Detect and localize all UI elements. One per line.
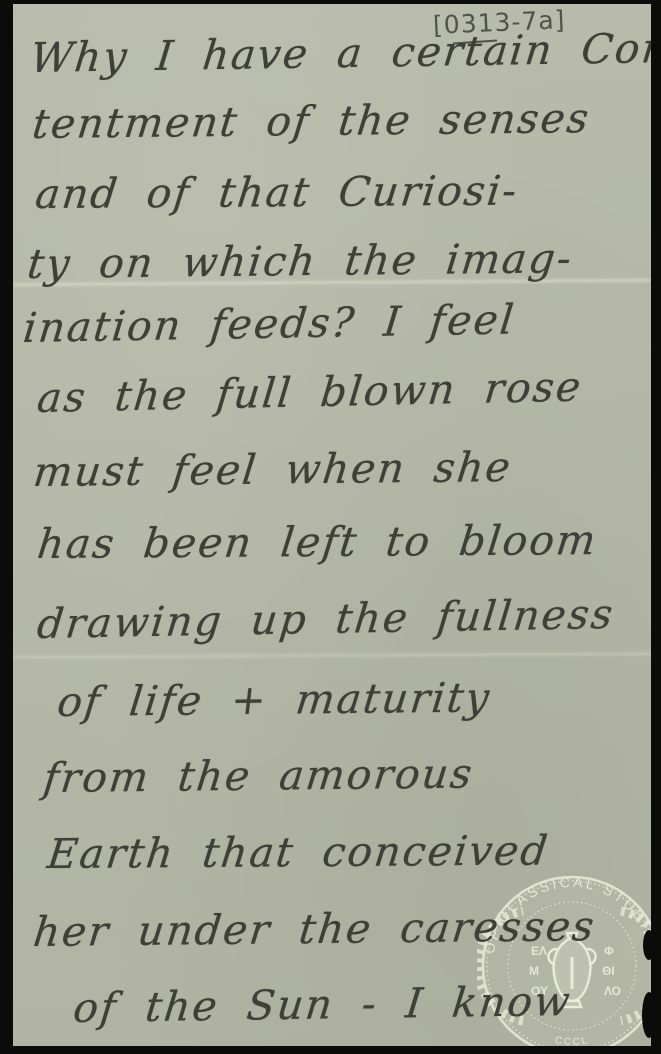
handwritten-line: and of that Curiosi- <box>33 167 521 218</box>
handwritten-line: tentment of the senses <box>30 94 593 148</box>
handwritten-line: from the amorous <box>41 750 476 802</box>
handwritten-line: Earth that conceived <box>45 827 552 878</box>
seal-greek-letter: ΘΙ <box>602 964 615 978</box>
letter-paper: [0313-7a] Why I have a certain Con- tent… <box>13 4 651 1046</box>
scan-edge-nick <box>643 930 651 960</box>
handwritten-line: ination feeds? I feel <box>21 295 518 352</box>
handwritten-line: her under the caresses <box>31 902 598 956</box>
handwritten-line: ty on which the imag- <box>25 234 576 288</box>
paper-crease <box>13 652 651 658</box>
handwritten-line: Why I have a certain Con- <box>28 24 651 82</box>
scan-edge-nick <box>642 992 651 1038</box>
handwritten-line: drawing up the fullness <box>35 590 617 648</box>
seal-greek-letter: Φ <box>604 944 614 958</box>
handwritten-line: as the full blown rose <box>35 363 585 422</box>
seal-greek-letter: Μ <box>529 964 539 978</box>
seal-greek-letter: ΛΟ <box>604 984 621 998</box>
handwritten-line: must feel when she <box>31 443 515 496</box>
handwritten-line: of the Sun - I know <box>71 977 574 1032</box>
handwritten-line: has been left to bloom <box>35 516 600 568</box>
handwritten-line: of life + maturity <box>55 673 493 726</box>
